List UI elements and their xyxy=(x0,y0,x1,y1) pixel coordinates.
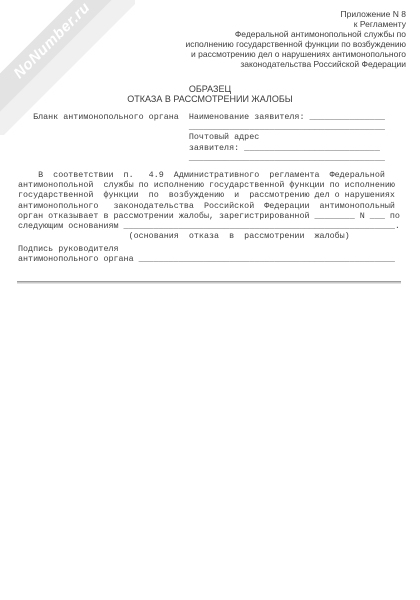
paragraph-line-6: следующим основаниям ___________________… xyxy=(18,221,400,231)
applicant-address-blank-line: _______________________________________ xyxy=(18,153,385,163)
header-line-1: Приложение N 8 xyxy=(185,9,406,19)
form-fields-row-header: Бланк антимонопольного органа Наименован… xyxy=(18,112,385,122)
title-line-2: ОТКАЗА В РАССМОТРЕНИИ ЖАЛОБЫ xyxy=(0,95,420,105)
signature-block: Подпись руководителя антимонопольного ор… xyxy=(18,244,395,264)
applicant-address-field: заявителя: ___________________________ xyxy=(18,143,385,153)
header-line-5: и рассмотрению дел о нарушениях антимоно… xyxy=(185,49,406,59)
header-line-6: законодательства Российской Федерации xyxy=(185,59,406,69)
document-page: NoNumber.ru Приложение N 8 к Регламенту … xyxy=(0,0,420,600)
document-title: ОБРАЗЕЦ ОТКАЗА В РАССМОТРЕНИИ ЖАЛОБЫ xyxy=(0,85,420,104)
signature-field-line: антимонопольного органа ________________… xyxy=(18,254,395,264)
header-line-4: исполнению государственной функции по во… xyxy=(185,39,406,49)
body-paragraph: В соответствии п. 4.9 Административного … xyxy=(18,170,400,241)
paragraph-line-4: антимонопольного законодательства Россий… xyxy=(18,201,400,211)
form-fields-block: Бланк антимонопольного органа Наименован… xyxy=(18,112,385,163)
appendix-header: Приложение N 8 к Регламенту Федеральной … xyxy=(185,9,406,69)
paragraph-line-1: В соответствии п. 4.9 Административного … xyxy=(18,170,400,180)
header-line-2: к Регламенту xyxy=(185,19,406,29)
postal-address-label: Почтовый адрес xyxy=(18,132,385,142)
paragraph-line-2: антимонопольной службы по исполнению гос… xyxy=(18,180,400,190)
signature-label-line-1: Подпись руководителя xyxy=(18,244,395,254)
header-line-3: Федеральной антимонопольной службы по xyxy=(185,29,406,39)
paragraph-line-3: государственной функции по возбуждению и… xyxy=(18,190,400,200)
refusal-grounds-caption: (основания отказа в рассмотрении жалобы) xyxy=(18,231,400,241)
horizontal-rule xyxy=(17,281,401,284)
applicant-name-blank-line: _______________________________________ xyxy=(18,122,385,132)
watermark-band: NoNumber.ru xyxy=(0,0,135,125)
watermark-text: NoNumber.ru xyxy=(10,0,93,82)
paragraph-line-5: орган отказывает в рассмотрении жалобы, … xyxy=(18,211,400,221)
